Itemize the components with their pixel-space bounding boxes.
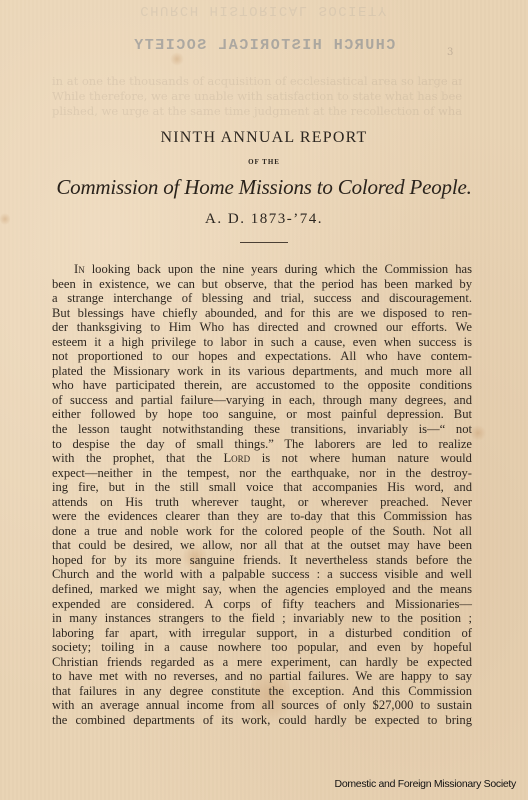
text-line: Church and the world with a palpable suc… xyxy=(52,567,472,582)
paper-stain xyxy=(470,425,486,441)
report-body: In looking back upon the nine years duri… xyxy=(52,262,472,728)
bleed-through-text: in at one the thousands of acquisition o… xyxy=(52,74,462,119)
text-line: ing fire, but in the still small voice t… xyxy=(52,480,472,495)
text-line: laboring far apart, with irregular suppo… xyxy=(52,626,472,641)
text-line: with an average annual income from all s… xyxy=(52,698,472,713)
text-line: the lesson taught notwithstanding these … xyxy=(52,422,472,437)
text-line: of success and partial failure—varying i… xyxy=(52,393,472,408)
text-line: expended are considered. A corps of fift… xyxy=(52,597,472,612)
bleed-through-line: While therefore, we are unable with sati… xyxy=(52,89,462,104)
text-line: who have participated therein, are accus… xyxy=(52,378,472,393)
text-line: defined, marked we might say, when the a… xyxy=(52,582,472,597)
bleed-through-line: in at one the thousands of acquisition o… xyxy=(52,74,462,89)
text-line: to despise the day of small things.” The… xyxy=(52,437,472,452)
text-line: that failures in any degree constitute t… xyxy=(52,684,472,699)
text-line: der thanksgiving to Him Who has directed… xyxy=(52,320,472,335)
bleed-through-faint-stamp: CHURCH HISTORICAL SOCIETY xyxy=(0,2,528,18)
archive-watermark: Domestic and Foreign Missionary Society xyxy=(335,778,516,790)
text-line: esteem it a high privilege to labor in s… xyxy=(52,335,472,350)
text-line: society; toiling in a cause nowhere too … xyxy=(52,640,472,655)
text-line: a strange interchange of blessing and tr… xyxy=(52,291,472,306)
text-line: with the prophet, that the Lord is not w… xyxy=(52,451,472,466)
lord-word: Lord xyxy=(223,451,250,465)
text-line: been in existence, we can but observe, t… xyxy=(52,277,472,292)
document-page: CHURCH HISTORICAL SOCIETY CHURCH HISTORI… xyxy=(0,0,528,800)
text-line: not proportioned to our hopes and expect… xyxy=(52,349,472,364)
text-line: hoped for by its more sanguine friends. … xyxy=(52,553,472,568)
bleed-through-page-number: 3 xyxy=(447,47,453,58)
paper-stain xyxy=(170,52,184,66)
bleed-through-line: plished, we urge at the same time judgme… xyxy=(52,104,462,119)
text-line: expect—neither in the tempest, nor the e… xyxy=(52,466,472,481)
commission-name: Commission of Home Missions to Colored P… xyxy=(0,175,528,199)
text-line: attends on His truth wherever taught, or… xyxy=(52,495,472,510)
text-line: to have met with no reverses, and no par… xyxy=(52,669,472,684)
report-title: NINTH ANNUAL REPORT xyxy=(0,128,528,148)
report-date: A. D. 1873-’74. xyxy=(0,210,528,228)
header-divider xyxy=(240,242,288,243)
text-line: either followed by hope too sanguine, or… xyxy=(52,407,472,422)
text-line: plated the Missionary work in its variou… xyxy=(52,364,472,379)
text-line: But blessings have chiefly abounded, and… xyxy=(52,306,472,321)
text-line: done a true and noble work for the color… xyxy=(52,524,472,539)
text-line: Christian friends regarded as a mere exp… xyxy=(52,655,472,670)
drop-word: In xyxy=(74,262,85,276)
text-line: the combined departments of its work, co… xyxy=(52,713,472,728)
text-line: were the evidences clearer than they are… xyxy=(52,509,472,524)
report-header: NINTH ANNUAL REPORT OF THE Commission of… xyxy=(0,128,528,243)
text-line: that could be desired, we allow, nor all… xyxy=(52,538,472,553)
text-line: in many instances strangers to the field… xyxy=(52,611,472,626)
report-of-the: OF THE xyxy=(0,157,528,167)
text-line: In looking back upon the nine years duri… xyxy=(52,262,472,277)
